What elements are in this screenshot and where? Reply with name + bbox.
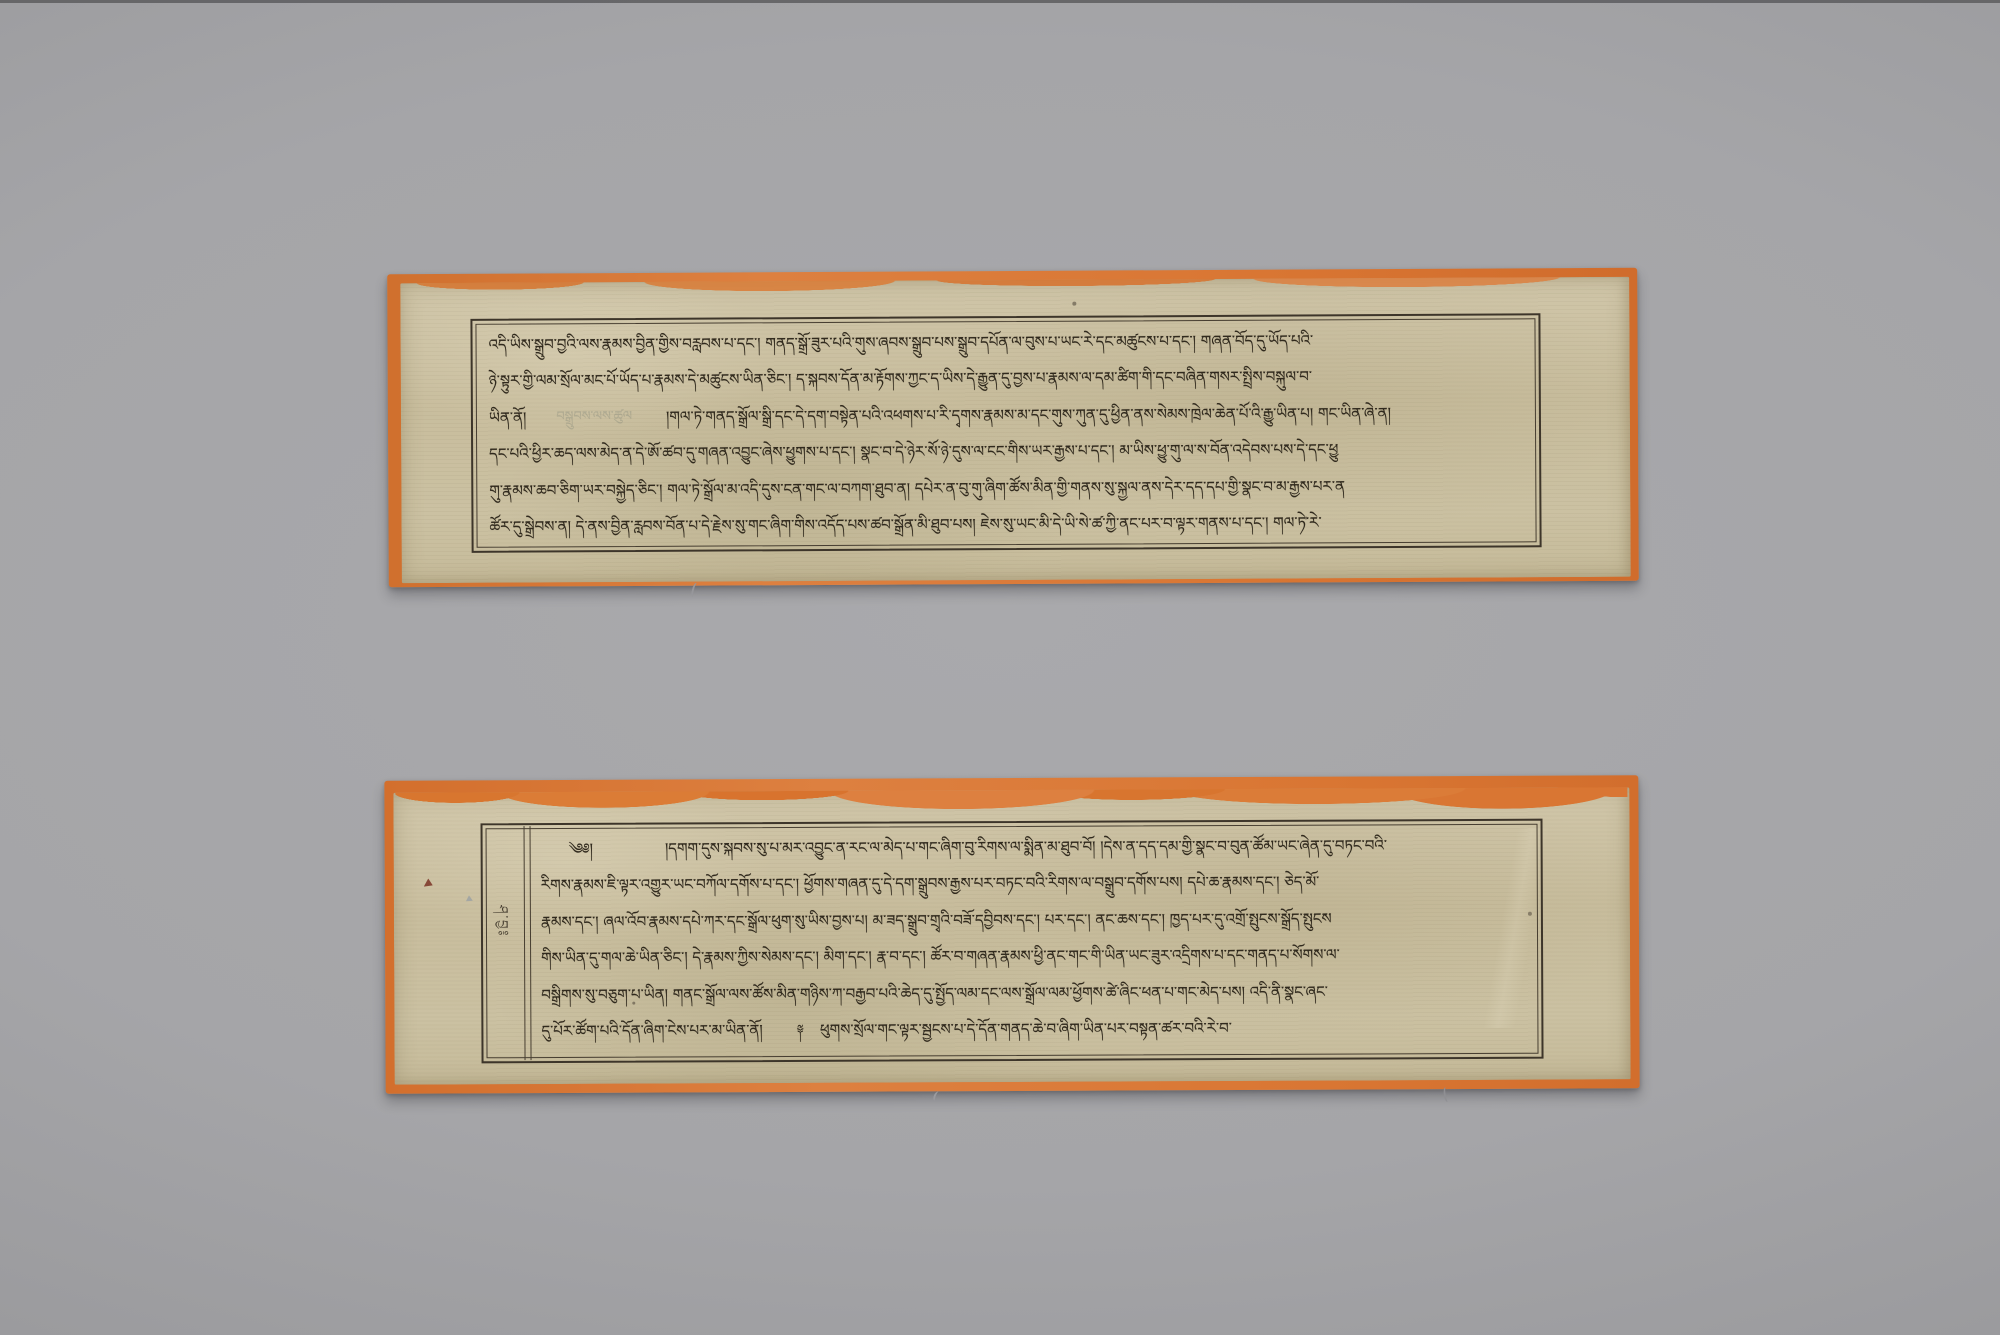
text-segment: གིས་ཡིན་དུ་གལ་ཆེ་ཡིན་ཅིང་། དེ་རྣམས་ཀྱིས་… [541,942,1340,971]
text-segment: ཚོར་དུ་སྒྲེབས་ན། དེ་ནས་བྱིན་རླབས་བོན་པ་ད… [489,509,1321,539]
binding-thread [1442,1087,1451,1103]
text-segment: །གལ་ཏེ་གནད་སྒྲོལ་སྒྲི་དང་དེ་དག་བསྟེན་པའི… [666,400,1391,430]
text-segment: དང་པའི་ཕྱིར་ཆད་ལས་མེད་ན་དེ་ཨོ་ཚབ་དུ་གཞན་… [489,436,1338,466]
text-segment: འདི་ཡིས་སྒྲུབ་བྱའི་ལས་རྣམས་བྱིན་གྱིས་བརླ… [488,327,1313,357]
text-line: བསྒྲིགས་སུ་བཅུག་པ་ཡིན། གནང་སྒྲོལ་ལས་ཚོས་… [541,977,1527,1018]
gray-speck [466,895,473,901]
text-line: ཚོར་དུ་སྒྲེབས་ན། དེ་ནས་བྱིན་རླབས་བོན་པ་ད… [489,508,1525,540]
text-line: ཡིན་ནོ། བསྒྲུབས་ལས་ཚུལ །གལ་ཏེ་གནད་སྒྲོལ་… [489,399,1525,441]
text-segment: རྣམས་དང་། ཞལ་འོབ་རྣམས་དཔེ་ཀར་དང་སྒྲོལ་ཕུ… [541,905,1332,934]
text-line: གུ་རྣམས་ཆབ་ཅིག་ཡར་བསྐྱེད་ཅིང་། གལ་ཏེ་སྒྲ… [489,472,1525,514]
text-line: ༄༅། །དགག་དུས་སྐབས་སུ་པ་མར་འབྱུང་ན་རང་ལ་མ… [541,832,1527,873]
margin-note: ཤ་བྱ༔ [495,905,521,937]
text-frame-inner-rule: འདི་ཡིས་སྒྲུབ་བྱའི་ལས་རྣམས་བྱིན་གྱིས་བརླ… [475,318,1536,548]
text-segment: ཡིན་ནོ། [489,404,527,430]
pecha-leaf-top: འདི་ཡིས་སྒྲུབ་བྱའི་ལས་རྣམས་བྱིན་གྱིས་བརླ… [387,268,1639,588]
margin-column-rule [524,826,532,1060]
text-segment: དུ་པོར་ཚོག་པའི་དོན་ཞིག་ངེས་པར་མ་ཡིན་ནོ། [541,1017,762,1044]
text-segment: བསྒྲིགས་སུ་བཅུག་པ་ཡིན། གནང་སྒྲོལ་ལས་ཚོས་… [541,978,1328,1007]
text-line: རྣམས་དང་། ཞལ་འོབ་རྣམས་དཔེ་ཀར་དང་སྒྲོལ་ཕུ… [541,905,1527,946]
yig-mgo-head-mark: ༄༅། [569,836,593,862]
text-segment: །དགག་དུས་སྐབས་སུ་པ་མར་འབྱུང་ན་རང་ལ་མེད་པ… [665,832,1387,861]
text-block: ༄༅། །དགག་དུས་སྐབས་སུ་པ་མར་འབྱུང་ན་རང་ལ་མ… [541,832,1528,1051]
text-line: རིགས་རྣམས་ཇི་ལྟར་འགྱུར་ཡང་བཀོལ་དགོས་པ་དང… [541,868,1527,909]
text-frame: ཤ་བྱ༔ ༄༅། །དགག་དུས་སྐབས་སུ་པ་མར་འབྱུང་ན་… [481,819,1544,1064]
text-line: དང་པའི་ཕྱིར་ཆད་ལས་མེད་ན་དེ་ཨོ་ཚབ་དུ་གཞན་… [489,435,1525,477]
paper-surface: འདི་ཡིས་སྒྲུབ་བྱའི་ལས་རྣམས་བྱིན་གྱིས་བརླ… [400,277,1631,583]
text-line: དུ་པོར་ཚོག་པའི་དོན་ཞིག་ངེས་པར་མ་ཡིན་ནོ། … [541,1014,1527,1051]
text-block: འདི་ཡིས་སྒྲུབ་བྱའི་ལས་རྣམས་བྱིན་གྱིས་བརླ… [488,326,1525,540]
text-frame-inner-rule: ཤ་བྱ༔ ༄༅། །དགག་དུས་སྐབས་སུ་པ་མར་འབྱུང་ན་… [486,824,1539,1059]
orange-edge-wash [402,277,1627,298]
text-segment: གུ་རྣམས་ཆབ་ཅིག་ཡར་བསྐྱེད་ཅིང་། གལ་ཏེ་སྒྲ… [489,473,1345,503]
pecha-leaf-bottom: ཤ་བྱ༔ ༄༅། །དགག་དུས་སྐབས་སུ་པ་མར་འབྱུང་ན་… [384,775,1639,1093]
text-segment: ཕུགས་སྲོལ་གང་ལྟར་སྦྱངས་པ་དེ་དོན་གནད་ཆེ་བ… [820,1015,1232,1043]
text-segment: ཉེ་སྟུར་གྱི་ལམ་སྲོལ་མང་པོ་ཡོད་པ་རྣམས་དེ་… [489,364,1312,394]
manuscript-photo: འདི་ཡིས་སྒྲུབ་བྱའི་ལས་རྣམས་བྱིན་གྱིས་བརླ… [0,0,2000,1335]
show-through-ghost-text: བསྒྲུབས་ལས་ཚུལ [556,404,632,430]
binding-thread [690,582,699,598]
ink-speck [1072,302,1076,306]
text-line: གིས་ཡིན་དུ་གལ་ཆེ་ཡིན་ཅིང་། དེ་རྣམས་ཀྱིས་… [541,941,1527,982]
section-mark: ༈ [797,1017,804,1043]
text-frame: འདི་ཡིས་སྒྲུབ་བྱའི་ལས་རྣམས་བྱིན་གྱིས་བརླ… [470,313,1541,553]
text-line: ཉེ་སྟུར་གྱི་ལམ་སྲོལ་མང་པོ་ཡོད་པ་རྣམས་དེ་… [489,363,1525,405]
text-segment: རིགས་རྣམས་ཇི་ལྟར་འགྱུར་ཡང་བཀོལ་དགོས་པ་དང… [541,869,1320,898]
red-speck [424,879,433,887]
binding-thread [932,1091,941,1102]
paper-surface: ཤ་བྱ༔ ༄༅། །དགག་དུས་སྐབས་སུ་པ་མར་འབྱུང་ན་… [393,787,1630,1084]
text-line: འདི་ཡིས་སྒྲུབ་བྱའི་ལས་རྣམས་བྱིན་གྱིས་བརླ… [488,326,1524,368]
